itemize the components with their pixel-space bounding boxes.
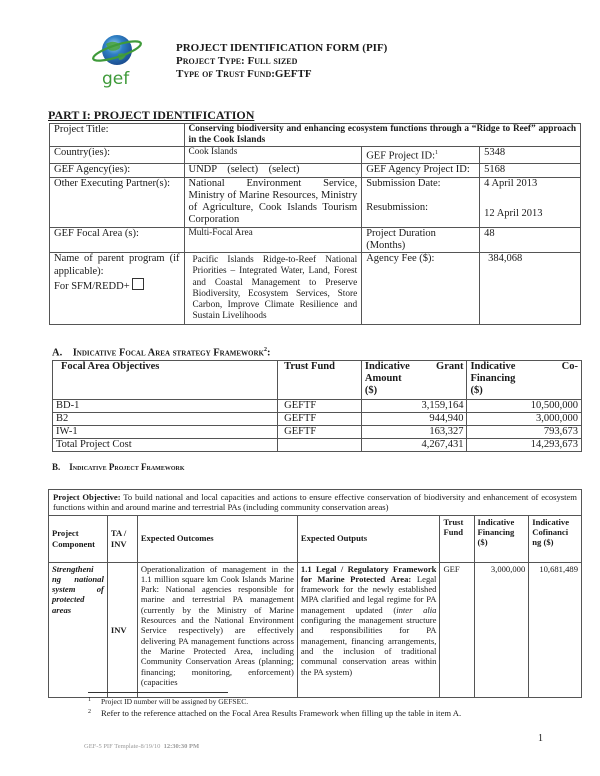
project-objective: Project Objective: To build national and… <box>49 490 582 516</box>
project-type: Project Type: Full sized <box>176 55 387 68</box>
svg-text:gef: gef <box>102 69 130 88</box>
header-grant: IndicativeGrant Amount ($) <box>361 361 467 400</box>
objective-cell: IW-1 <box>53 426 278 439</box>
cofinancing-cell: 10,681,489 <box>529 562 582 697</box>
trust-fund-cell: GEFTF <box>278 426 362 439</box>
sfm-redd-option[interactable]: For SFM/REDD+ <box>54 278 180 293</box>
focal-area-label: GEF Focal Area (s): <box>50 227 185 253</box>
agency-fee-label: Agency Fee ($): <box>362 253 480 324</box>
objective-row: Project Objective: To build national and… <box>49 490 582 516</box>
component-cell: Strengtheni ng national system of protec… <box>49 562 108 697</box>
sfm-redd-checkbox[interactable] <box>132 278 144 290</box>
ta-inv-cell: INV <box>107 562 137 697</box>
footnote-1: 1Project ID number will be assigned by G… <box>88 697 248 706</box>
parent-program-label: Name of parent program (if applicable): <box>54 253 180 278</box>
footnote-divider <box>88 692 228 693</box>
project-identification-table: Project Title: Conserving biodiversity a… <box>49 123 581 325</box>
agency-value[interactable]: UNDP (select) (select) <box>184 164 362 177</box>
table-row: Project Title: Conserving biodiversity a… <box>50 124 581 147</box>
agency-label: GEF Agency(ies): <box>50 164 185 177</box>
table-row: B2 GEFTF 944,940 3,000,000 <box>53 413 582 426</box>
gef-logo: gef <box>88 28 146 88</box>
agency-project-id-value: 5168 <box>480 164 581 177</box>
cofinancing-cell: 10,500,000 <box>467 400 582 413</box>
total-trust-fund <box>278 439 362 452</box>
duration-label: Project Duration (Months) <box>362 227 480 253</box>
resubmission-label: Resubmission: <box>366 202 475 214</box>
table-row: Strengtheni ng national system of protec… <box>49 562 582 697</box>
part-title: PART I: PROJECT IDENTIFICATION <box>48 108 254 123</box>
table-header-row: Focal Area Objectives Trust Fund Indicat… <box>53 361 582 400</box>
total-row: Total Project Cost 4,267,431 14,293,673 <box>53 439 582 452</box>
section-b-heading: B. Indicative Project Framework <box>52 462 185 472</box>
header-cofinancing: IndicativeCo- Financing ($) <box>467 361 582 400</box>
country-label: Country(ies): <box>50 147 185 164</box>
focal-area-strategy-table: Focal Area Objectives Trust Fund Indicat… <box>52 360 582 452</box>
header-objectives: Focal Area Objectives <box>53 361 278 400</box>
header-financing: Indicative Financing ($) <box>474 515 529 562</box>
footnote-2: 2Refer to the reference attached on the … <box>88 708 461 718</box>
table-row: GEF Focal Area (s): Multi-Focal Area Pro… <box>50 227 581 253</box>
form-header: PROJECT IDENTIFICATION FORM (PIF) Projec… <box>176 42 387 81</box>
grant-cell: 3,159,164 <box>361 400 467 413</box>
parent-program-label-cell: Name of parent program (if applicable): … <box>50 253 185 324</box>
resubmission-value: 12 April 2013 <box>484 208 576 220</box>
trust-fund-type: Type of Trust Fund:GEFTF <box>176 68 387 81</box>
page-number: 1 <box>538 733 543 744</box>
header-ta-inv: TA / INV <box>107 515 137 562</box>
header-outcomes: Expected Outcomes <box>137 515 297 562</box>
other-partners-label: Other Executing Partner(s): <box>50 177 185 227</box>
header-cofinancing: Indicative Cofinanci ng ($) <box>529 515 582 562</box>
page-footer: GEF-5 PIF Template-8/19/10 12:30:30 PM <box>84 743 199 750</box>
grant-cell: 163,327 <box>361 426 467 439</box>
financing-cell: 3,000,000 <box>474 562 529 697</box>
trust-fund-cell: GEF <box>440 562 474 697</box>
country-value: Cook Islands <box>184 147 362 164</box>
header-trust-fund: Trust Fund <box>278 361 362 400</box>
trust-fund-cell: GEFTF <box>278 413 362 426</box>
table-row: BD-1 GEFTF 3,159,164 10,500,000 <box>53 400 582 413</box>
submission-date-value: 4 April 2013 <box>484 178 576 190</box>
cofinancing-cell: 3,000,000 <box>467 413 582 426</box>
project-framework-table: Project Objective: To build national and… <box>48 489 582 698</box>
section-a-heading: A. Indicative Focal Area strategy Framew… <box>52 347 271 359</box>
outputs-cell: 1.1 Legal / Regulatory Framework for Mar… <box>297 562 440 697</box>
project-title-label: Project Title: <box>50 124 185 147</box>
objective-cell: B2 <box>53 413 278 426</box>
dates-values: 4 April 2013 12 April 2013 <box>480 177 581 227</box>
cofinancing-cell: 793,673 <box>467 426 582 439</box>
table-header-row: Project Component TA / INV Expected Outc… <box>49 515 582 562</box>
grant-cell: 944,940 <box>361 413 467 426</box>
table-row: Other Executing Partner(s): National Env… <box>50 177 581 227</box>
agency-fee-value: 384,068 <box>480 253 581 324</box>
other-partners-value: National Environment Service, Ministry o… <box>184 177 362 227</box>
agency-project-id-label: GEF Agency Project ID: <box>362 164 480 177</box>
total-grant: 4,267,431 <box>361 439 467 452</box>
form-title: PROJECT IDENTIFICATION FORM (PIF) <box>176 42 387 55</box>
table-row: IW-1 GEFTF 163,327 793,673 <box>53 426 582 439</box>
table-row: GEF Agency(ies): UNDP (select) (select) … <box>50 164 581 177</box>
globe-icon: gef <box>88 28 146 88</box>
header-outputs: Expected Outputs <box>297 515 440 562</box>
gef-project-id-label: GEF Project ID:1 <box>362 147 480 164</box>
outcomes-cell: Operationalization of management in the … <box>137 562 297 697</box>
trust-fund-cell: GEFTF <box>278 400 362 413</box>
dates-labels: Submission Date: Resubmission: <box>362 177 480 227</box>
header-trust-fund: Trust Fund <box>440 515 474 562</box>
table-row: Name of parent program (if applicable): … <box>50 253 581 324</box>
focal-area-value: Multi-Focal Area <box>184 227 362 253</box>
table-row: Country(ies): Cook Islands GEF Project I… <box>50 147 581 164</box>
total-label: Total Project Cost <box>53 439 278 452</box>
duration-value: 48 <box>480 227 581 253</box>
project-title-value: Conserving biodiversity and enhancing ec… <box>184 124 581 147</box>
gef-project-id-value: 5348 <box>480 147 581 164</box>
header-component: Project Component <box>49 515 108 562</box>
objective-cell: BD-1 <box>53 400 278 413</box>
parent-program-value: Pacific Islands Ridge-to-Reef National P… <box>184 253 362 324</box>
submission-date-label: Submission Date: <box>366 178 475 190</box>
total-cofinancing: 14,293,673 <box>467 439 582 452</box>
